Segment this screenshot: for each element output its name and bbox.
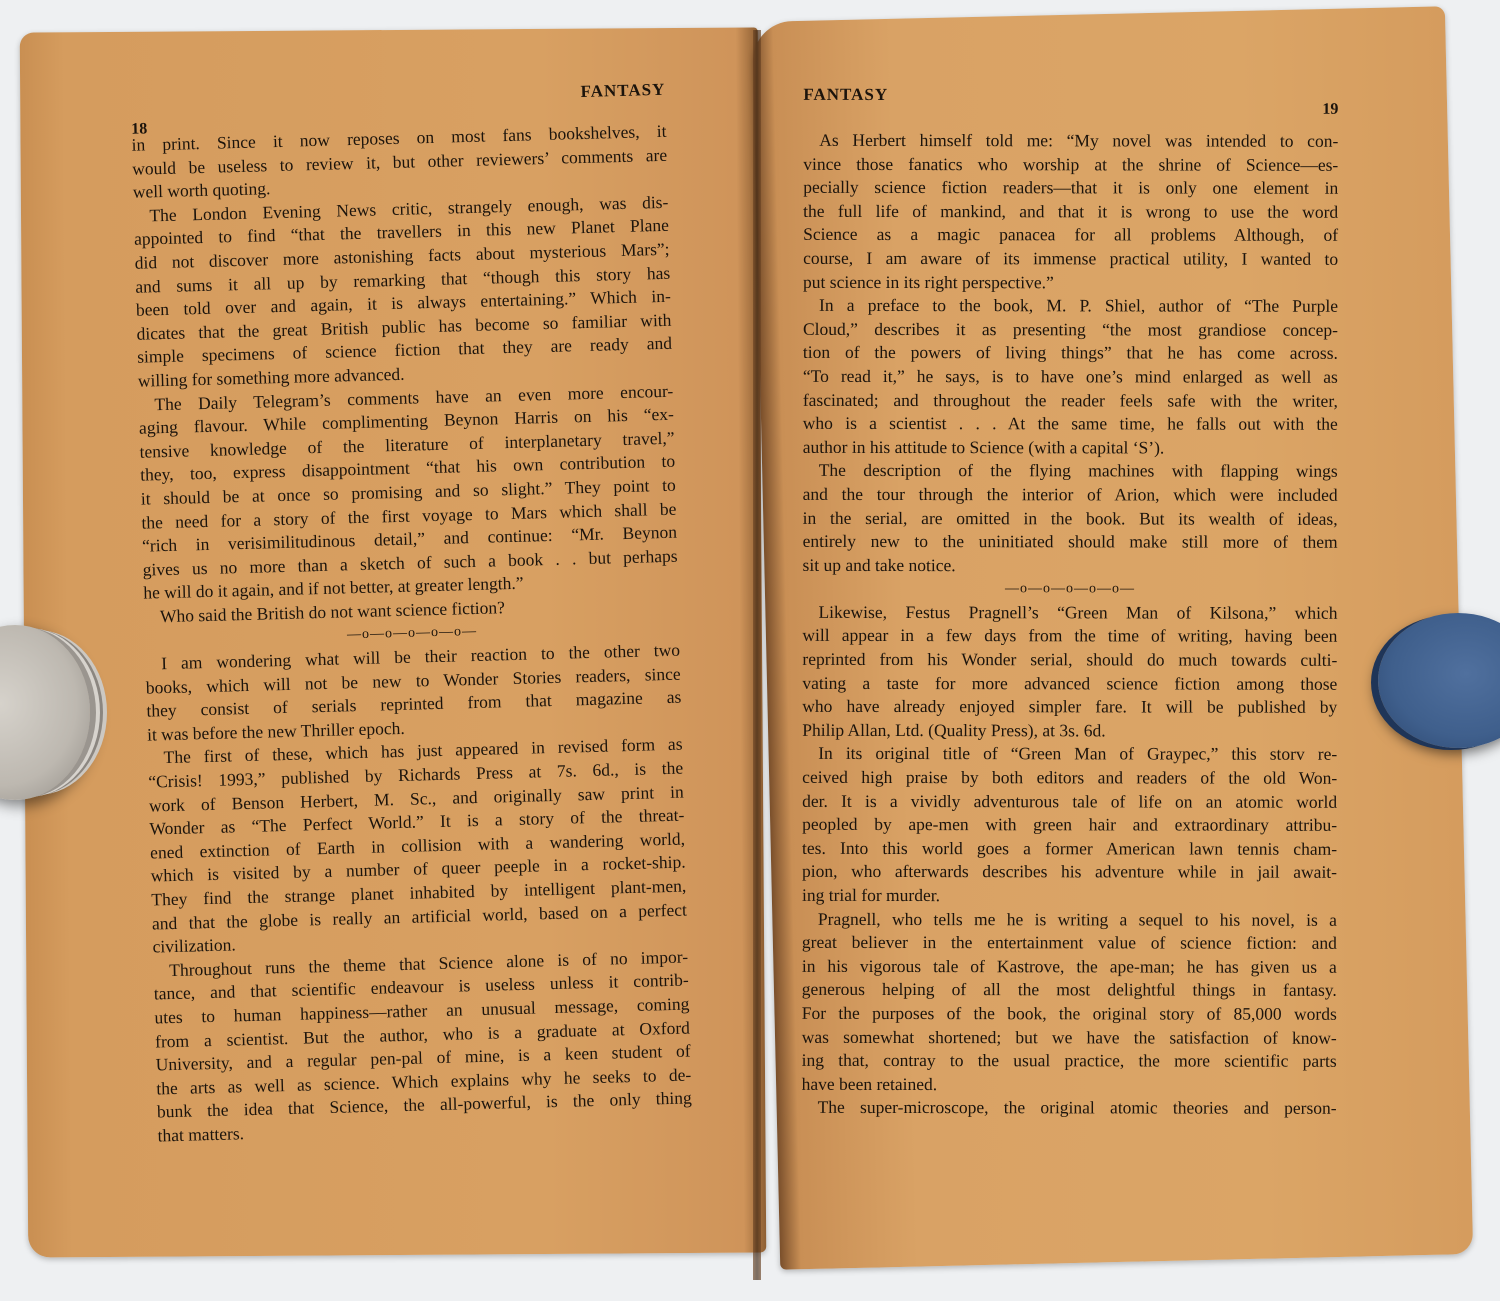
text-line: pion, who afterwards describes his adven…: [802, 860, 1337, 885]
text-line: in the serial, are omitted in the book. …: [803, 506, 1338, 531]
text-line: Likewise, Festus Pragnell’s “Green Man o…: [802, 601, 1337, 626]
text-line: der. It is a vividly adventurous tale of…: [802, 789, 1337, 814]
left-page-text: in print. Since it now reposes on most f…: [131, 120, 692, 1148]
text-line: course, I am aware of its immense practi…: [803, 247, 1338, 272]
running-title: FANTASY: [803, 83, 888, 107]
text-line: The super-microscope, the original atomi…: [802, 1096, 1337, 1121]
text-line: sit up and take notice.: [803, 554, 1338, 579]
text-line: and the tour through the interior of Ari…: [803, 483, 1338, 508]
text-line: ing trial for murder.: [802, 884, 1337, 909]
text-line: In a preface to the book, M. P. Shiel, a…: [803, 294, 1338, 319]
text-line: ing that, contray to the usual practice,…: [802, 1049, 1337, 1074]
text-line: Cloud,” describes it as presenting “the …: [803, 318, 1338, 343]
text-line: Science as a magic panacea for all probl…: [803, 223, 1338, 248]
text-line: As Herbert himself told me: “My novel wa…: [803, 129, 1338, 154]
text-line: in his vigorous tale of Kastrove, the ap…: [802, 955, 1337, 980]
text-line: “To read it,” he says, is to have one’s …: [803, 365, 1338, 390]
left-page: 18 FANTASY in print. Since it now repose…: [20, 27, 767, 1257]
text-line: tion of the powers of living things” tha…: [803, 341, 1338, 366]
running-title: FANTASY: [580, 78, 665, 104]
right-page-text: As Herbert himself told me: “My novel wa…: [802, 129, 1339, 1121]
right-running-head: FANTASY 19: [803, 83, 1338, 130]
text-line: The description of the flying machines w…: [803, 459, 1338, 484]
text-line: who is a scientist . . . At the same tim…: [803, 412, 1338, 437]
text-line: was somewhat shortened; but we have the …: [802, 1025, 1337, 1050]
text-line: author in his attitude to Science (with …: [803, 436, 1338, 461]
text-line: fascinated; and throughout the reader fe…: [803, 388, 1338, 413]
text-line: Philip Allan, Ltd. (Quality Press), at 3…: [802, 719, 1337, 744]
text-line: vince those fanatics who worship at the …: [803, 152, 1338, 177]
text-line: peopled by ape-men with green hair and e…: [802, 813, 1337, 838]
text-line: reprinted from his Wonder serial, should…: [802, 648, 1337, 673]
left-page-content: 18 FANTASY in print. Since it now repose…: [130, 74, 693, 1148]
text-line: generous helping of all the most delight…: [802, 978, 1337, 1003]
text-line: will appear in a few days from the time …: [802, 624, 1337, 649]
text-line: For the purposes of the book, the origin…: [802, 1002, 1337, 1027]
text-line: entirely new to the uninitiated should m…: [803, 530, 1338, 555]
page-number: 19: [1322, 98, 1338, 122]
text-line: Pragnell, who tells me he is writing a s…: [802, 907, 1337, 932]
text-line: tes. Into this world goes a former Ameri…: [802, 837, 1337, 862]
text-line: great believer in the entertainment valu…: [802, 931, 1337, 956]
text-line: In its original title of “Green Man of G…: [802, 742, 1337, 767]
section-separator: —o—o—o—o—o—: [802, 577, 1337, 602]
page-number: 18: [131, 117, 148, 141]
right-page: FANTASY 19 As Herbert himself told me: “…: [752, 6, 1473, 1269]
text-line: vating a taste for more advanced science…: [802, 672, 1337, 697]
text-line: who have already enjoyed simpler fare. I…: [802, 695, 1337, 720]
book-gutter: [753, 30, 761, 1280]
text-line: ceived high praise by both editors and r…: [802, 766, 1337, 791]
text-line: pecially science fiction readers—that it…: [803, 176, 1338, 201]
text-line: have been retained.: [802, 1073, 1337, 1098]
text-line: put science in its right perspective.”: [803, 270, 1338, 295]
text-line: the full life of mankind, and that it is…: [803, 200, 1338, 225]
right-page-content: FANTASY 19 As Herbert himself told me: “…: [802, 83, 1339, 1121]
